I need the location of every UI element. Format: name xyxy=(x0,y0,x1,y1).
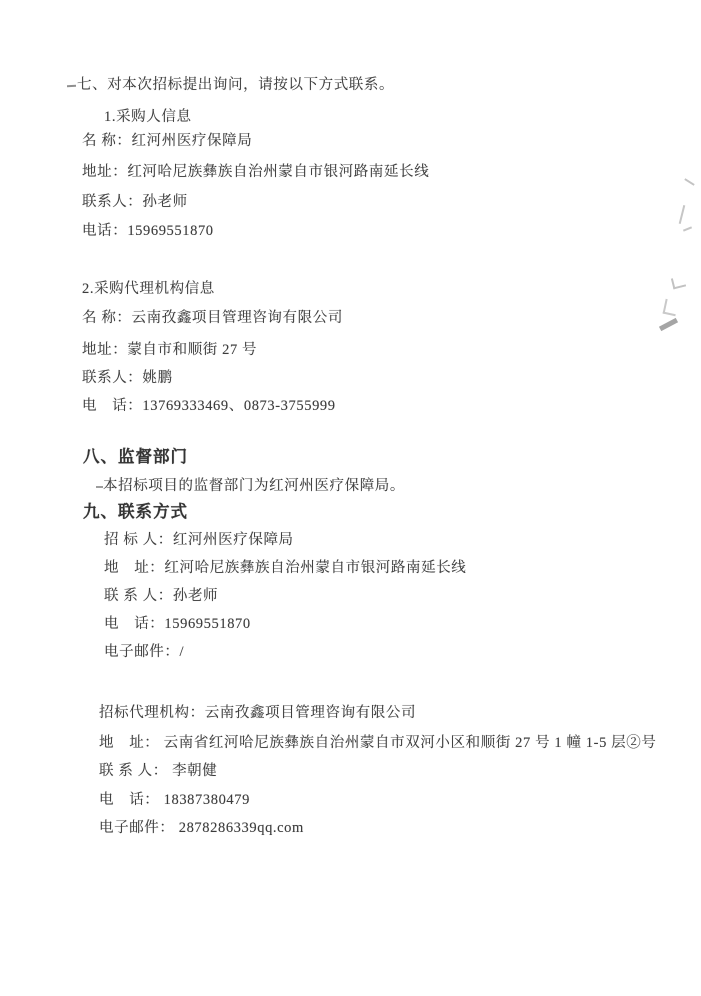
field-value: 李朝健 xyxy=(168,763,218,779)
scan-artifact-mark xyxy=(683,226,692,231)
scan-artifact-mark xyxy=(679,205,686,224)
tenderer-contact-line: 联 系 人：孙老师 xyxy=(104,586,218,606)
scan-artifact-dash xyxy=(67,85,76,87)
purchaser-address-line: 地址：红河哈尼族彝族自治州蒙自市银河路南延长线 xyxy=(82,162,429,182)
field-label: 招 标 人： xyxy=(104,532,173,548)
field-label: 名 称： xyxy=(82,133,132,149)
agency-contact-line: 联系人：姚鹏 xyxy=(82,368,173,388)
section7-heading: 七、对本次招标提出询问，请按以下方式联系。 xyxy=(77,75,394,95)
agent-address-line: 地 址： 云南省红河哈尼族彝族自治州蒙自市双河小区和顺街 27 号 1 幢 1-… xyxy=(99,733,656,753)
purchaser-info-title: 1.采购人信息 xyxy=(104,107,192,127)
tenderer-phone-line: 电 话：15969551870 xyxy=(104,614,251,634)
field-label: 地 址： xyxy=(104,560,164,576)
scan-artifact-mark xyxy=(684,178,694,186)
field-value: 红河哈尼族彝族自治州蒙自市银河路南延长线 xyxy=(164,560,466,576)
agency-name-line: 名 称：云南孜鑫项目管理咨询有限公司 xyxy=(82,308,343,328)
field-value: 孙老师 xyxy=(173,588,218,604)
field-value: 18387380479 xyxy=(159,792,250,808)
field-label: 联 系 人： xyxy=(104,588,173,604)
field-label: 电 话： xyxy=(99,792,159,808)
scan-artifact-dash xyxy=(96,486,103,488)
tenderer-name-line: 招 标 人：红河州医疗保障局 xyxy=(104,530,294,550)
field-value: 云南孜鑫项目管理咨询有限公司 xyxy=(205,705,416,721)
field-value: 红河州医疗保障局 xyxy=(132,133,253,149)
field-label: 地址： xyxy=(82,164,127,180)
field-value: 孙老师 xyxy=(142,194,187,210)
field-value: 姚鹏 xyxy=(142,370,172,386)
field-label: 电 话： xyxy=(104,616,164,632)
document-page: 七、对本次招标提出询问，请按以下方式联系。 1.采购人信息 名 称：红河州医疗保… xyxy=(0,0,701,996)
agent-contact-line: 联 系 人： 李朝健 xyxy=(99,761,217,781)
field-label: 电子邮件： xyxy=(104,644,180,660)
field-value: / xyxy=(180,644,185,660)
agency-info-title: 2.采购代理机构信息 xyxy=(82,279,215,299)
field-value: 红河哈尼族彝族自治州蒙自市银河路南延长线 xyxy=(127,164,429,180)
section9-heading: 九、联系方式 xyxy=(83,502,188,522)
agency-phone-line: 电 话：13769333469、0873-3755999 xyxy=(82,396,336,416)
field-value: 15969551870 xyxy=(164,616,250,632)
field-label: 联系人： xyxy=(82,194,142,210)
field-label: 名 称： xyxy=(82,310,132,326)
tenderer-address-line: 地 址：红河哈尼族彝族自治州蒙自市银河路南延长线 xyxy=(104,558,466,578)
field-label: 地 址： xyxy=(99,735,159,751)
agent-email-line: 电子邮件： 2878286339qq.com xyxy=(99,818,304,838)
field-label: 招标代理机构： xyxy=(99,705,205,721)
field-label: 电子邮件： xyxy=(99,820,175,836)
field-label: 电话： xyxy=(82,223,127,239)
field-value: 云南省红河哈尼族彝族自治州蒙自市双河小区和顺街 27 号 1 幢 1-5 层②号 xyxy=(159,735,656,751)
field-value: 蒙自市和顺街 27 号 xyxy=(127,342,257,358)
scan-artifact-mark xyxy=(659,318,678,331)
tenderer-email-line: 电子邮件：/ xyxy=(104,642,184,662)
agent-phone-line: 电 话： 18387380479 xyxy=(99,790,250,810)
field-value: 2878286339qq.com xyxy=(175,820,304,836)
purchaser-name-line: 名 称：红河州医疗保障局 xyxy=(82,131,252,151)
purchaser-contact-line: 联系人：孙老师 xyxy=(82,192,188,212)
field-label: 联 系 人： xyxy=(99,763,168,779)
field-label: 联系人： xyxy=(82,370,142,386)
agency-address-line: 地址：蒙自市和顺街 27 号 xyxy=(82,340,257,360)
purchaser-phone-line: 电话：15969551870 xyxy=(82,221,214,241)
field-value: 13769333469、0873-3755999 xyxy=(142,398,335,414)
section8-body: 本招标项目的监督部门为红河州医疗保障局。 xyxy=(103,476,405,496)
scan-artifact-mark xyxy=(663,299,679,316)
field-label: 地址： xyxy=(82,342,127,358)
field-value: 红河州医疗保障局 xyxy=(173,532,294,548)
scan-artifact-mark xyxy=(671,276,686,290)
agent-name-line: 招标代理机构：云南孜鑫项目管理咨询有限公司 xyxy=(99,703,416,723)
field-value: 云南孜鑫项目管理咨询有限公司 xyxy=(132,310,343,326)
field-label: 电 话： xyxy=(82,398,142,414)
field-value: 15969551870 xyxy=(127,223,213,239)
section8-heading: 八、监督部门 xyxy=(83,447,188,467)
